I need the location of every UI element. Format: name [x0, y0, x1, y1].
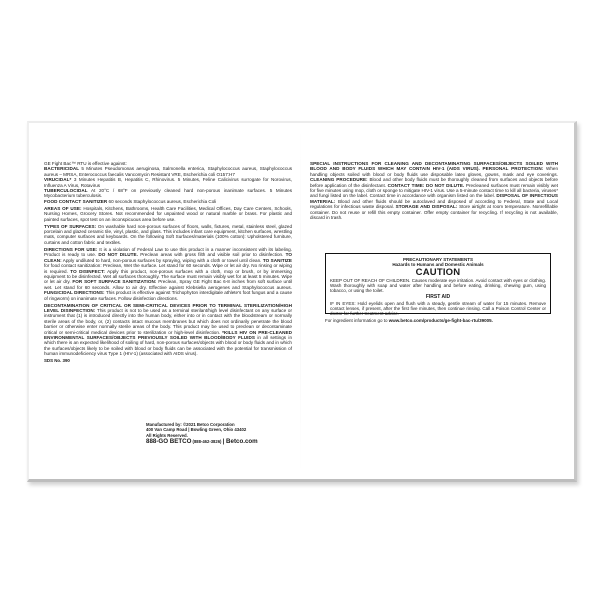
phone-mnemonic: 888-GO BETCO [146, 438, 191, 445]
caution-signal-word: CAUTION [330, 268, 546, 278]
first-aid-body: IF IN EYES: Hold eyelids open and flush … [330, 301, 546, 317]
types-of-surfaces: TYPES OF SURFACES: On washable hard non-… [44, 224, 292, 246]
manufacturer-block: Manufactured by: ©2021 Betco Corporation… [146, 422, 306, 446]
label-right-column: SPECIAL INSTRUCTIONS FOR CLEANING AND DE… [310, 161, 558, 222]
special-instructions: SPECIAL INSTRUCTIONS FOR CLEANING AND DE… [310, 161, 558, 220]
label-left-column: GE Fight Bac™ RTU is effective against: … [44, 161, 292, 364]
precautionary-body: KEEP OUT OF REACH OF CHILDREN. Causes mo… [330, 278, 546, 294]
precautionary-statements-box: PRECAUTIONARY STATEMENTS Hazards to Huma… [325, 253, 551, 314]
ingredient-info: For ingredient information go to www.bet… [325, 318, 565, 323]
directions-for-use: DIRECTIONS FOR USE: It is a violation of… [44, 247, 292, 301]
tuberculocidal-heading: TUBERCULOCIDAL [44, 188, 88, 193]
contact-line: 888-GO BETCO (888-462-3826) | Betco.com [146, 438, 306, 446]
ingredient-url: www.betco.com/products/ge-fight-bac-rtu/… [389, 318, 493, 323]
phone-number: (888-462-3826) [191, 439, 222, 444]
website: | Betco.com [223, 438, 258, 445]
efficacy-section: GE Fight Bac™ RTU is effective against: … [44, 161, 292, 204]
sds-number: SDS No. 390 [44, 358, 292, 363]
virucidal-heading: VIRUCIDAL* [44, 177, 71, 182]
product-label: GE Fight Bac™ RTU is effective against: … [27, 121, 577, 482]
bactericidal-heading: BACTERICIDAL [44, 166, 79, 171]
food-contact-heading: FOOD CONTACT SANITIZER [44, 199, 107, 204]
areas-of-use: AREAS OF USE: Hospitals, Kitchens, Bathr… [44, 206, 292, 222]
decontamination-section: DECONTAMINATION OF CRITICAL OR SEMI-CRIT… [44, 303, 292, 357]
